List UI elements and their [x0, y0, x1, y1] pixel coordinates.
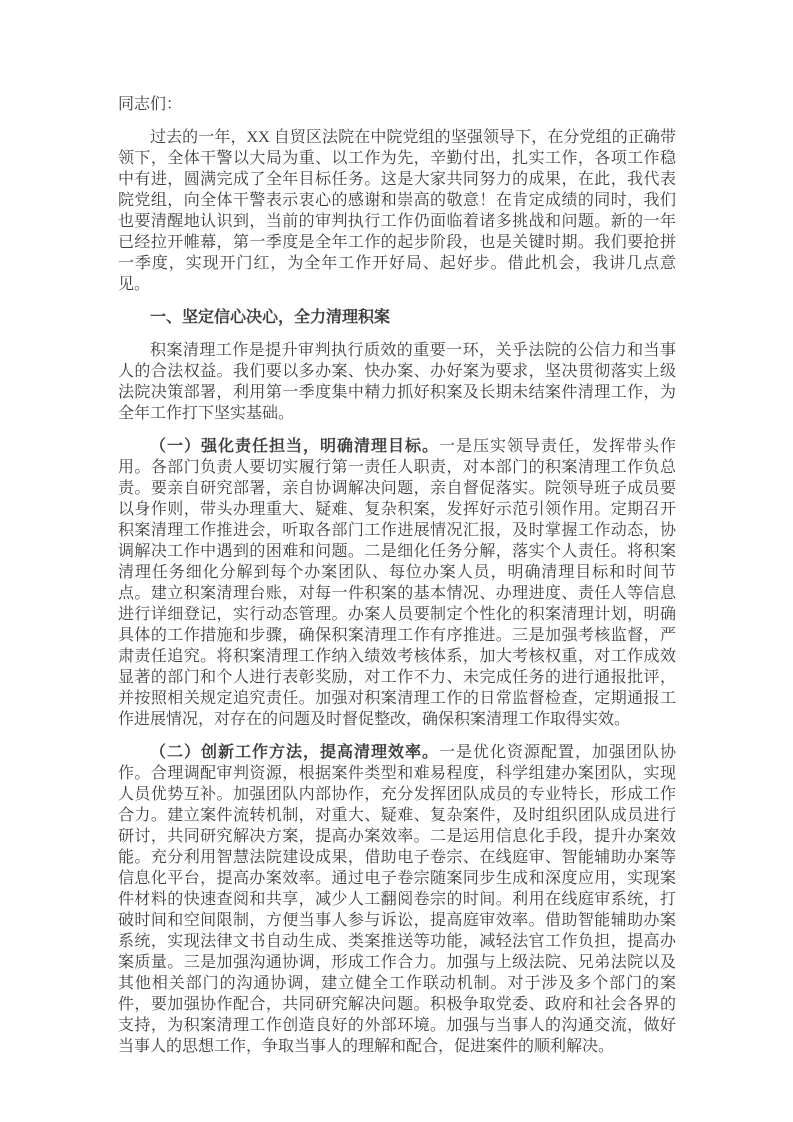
subsection-1-title: （一）强化责任担当，明确清理目标。	[150, 438, 439, 455]
section-1-lead-paragraph: 积案清理工作是提升审判执行质效的重要一环，关乎法院的公信力和当事人的合法权益。我…	[118, 340, 676, 424]
subsection-1-paragraph: （一）强化责任担当，明确清理目标。一是压实领导责任，发挥带头作用。各部门负责人要…	[118, 436, 676, 730]
intro-paragraph: 过去的一年，XX 自贸区法院在中院党组的坚强领导下，在分党组的正确带领下，全体干…	[118, 127, 676, 295]
section-1-heading: 一、坚定信心决心，全力清理积案	[118, 307, 676, 328]
document-page: 同志们： 过去的一年，XX 自贸区法院在中院党组的坚强领导下，在分党组的正确带领…	[0, 0, 793, 1122]
subsection-2-body: 一是优化资源配置，加强团队协作。合理调配审判资源，根据案件类型和难易程度，科学组…	[118, 744, 676, 1055]
subsection-2-paragraph: （二）创新工作方法，提高清理效率。一是优化资源配置，加强团队协作。合理调配审判资…	[118, 742, 676, 1057]
salutation: 同志们：	[118, 94, 676, 115]
subsection-1-body: 一是压实领导责任，发挥带头作用。各部门负责人要切实履行第一责任人职责，对本部门的…	[118, 438, 676, 728]
subsection-2-title: （二）创新工作方法，提高清理效率。	[150, 744, 439, 761]
